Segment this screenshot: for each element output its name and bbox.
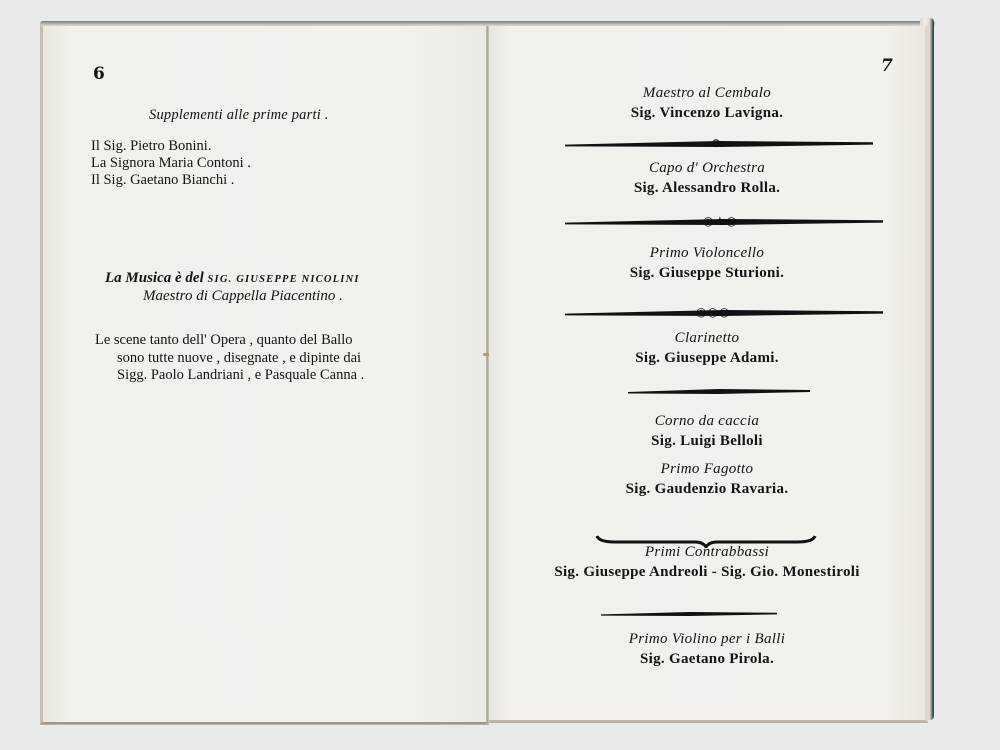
star-ornament-icon: ◉★◉ xyxy=(703,215,738,227)
supplement-item: Il Sig. Pietro Bonini. xyxy=(91,138,251,155)
left-page: 6 Supplementi alle prime parti . Il Sig.… xyxy=(40,26,489,724)
music-credit: La Musica è del Sig. Giuseppe Nicolini M… xyxy=(105,270,445,305)
ornamental-rule xyxy=(628,389,810,394)
orchestra-entry: Maestro al Cembalo Sig. Vincenzo Lavigna… xyxy=(489,84,925,124)
music-credit-prefix: La Musica è del xyxy=(105,270,208,286)
role-title: Corno da caccia xyxy=(489,412,925,431)
composer-name: Sig. Giuseppe Nicolini xyxy=(208,274,360,285)
orchestra-entry: Primo Fagotto Sig. Gaudenzio Ravaria. xyxy=(489,460,925,500)
open-book: 6 Supplementi alle prime parti . Il Sig.… xyxy=(0,0,1000,750)
person-name: Sig. Gaudenzio Ravaria. xyxy=(489,479,925,500)
orchestra-entry: Clarinetto Sig. Giuseppe Adami. xyxy=(489,329,925,369)
role-title: Primo Fagotto xyxy=(489,460,925,479)
person-name: Sig. Giuseppe Sturioni. xyxy=(489,263,925,284)
orchestra-entry: Primi Contrabbassi Sig. Giuseppe Andreol… xyxy=(489,543,925,583)
supplement-item: La Signora Maria Contoni . xyxy=(91,155,251,172)
person-name: Sig. Alessandro Rolla. xyxy=(489,178,925,199)
role-title: Primo Violoncello xyxy=(489,244,925,263)
role-title: Maestro al Cembalo xyxy=(489,84,925,103)
supplement-item: Il Sig. Gaetano Bianchi . xyxy=(91,172,251,189)
supplements-list: Il Sig. Pietro Bonini. La Signora Maria … xyxy=(91,138,251,189)
scenery-note: Le scene tanto dell' Opera , quanto del … xyxy=(95,332,465,385)
person-name: Sig. Giuseppe Adami. xyxy=(489,348,925,369)
role-title: Primi Contrabbassi xyxy=(489,543,925,562)
supplements-heading: Supplementi alle prime parti . xyxy=(149,107,449,124)
page-number-right: 7 xyxy=(881,56,893,76)
orchestra-entry: Corno da caccia Sig. Luigi Belloli xyxy=(489,412,925,452)
rosette-ornament-icon: ◉◎◉ xyxy=(696,306,730,318)
ornament-icon: ⊙ xyxy=(711,137,721,149)
orchestra-entry: Primo Violino per i Balli Sig. Gaetano P… xyxy=(489,630,925,670)
scenery-line: Sigg. Paolo Landriani , e Pasquale Canna… xyxy=(95,367,465,385)
scenery-line: sono tutte nuove , disegnate , e dipinte… xyxy=(95,350,465,368)
page-number-left: 6 xyxy=(93,64,105,84)
orchestra-entry: Capo d' Orchestra Sig. Alessandro Rolla. xyxy=(489,159,925,199)
role-title: Clarinetto xyxy=(489,329,925,348)
scenery-line: Le scene tanto dell' Opera , quanto del … xyxy=(95,332,465,350)
role-title: Primo Violino per i Balli xyxy=(489,630,925,649)
ornamental-rule xyxy=(601,612,777,616)
role-title: Capo d' Orchestra xyxy=(489,159,925,178)
person-name: Sig. Vincenzo Lavigna. xyxy=(489,103,925,124)
person-name: Sig. Luigi Belloli xyxy=(489,431,925,452)
person-name: Sig. Gaetano Pirola. xyxy=(489,649,925,670)
person-name: Sig. Giuseppe Andreoli - Sig. Gio. Mones… xyxy=(489,562,925,583)
right-page: 7 Maestro al Cembalo Sig. Vincenzo Lavig… xyxy=(489,26,928,722)
composer-title: Maestro di Cappella Piacentino . xyxy=(105,288,445,305)
orchestra-entry: Primo Violoncello Sig. Giuseppe Sturioni… xyxy=(489,244,925,284)
